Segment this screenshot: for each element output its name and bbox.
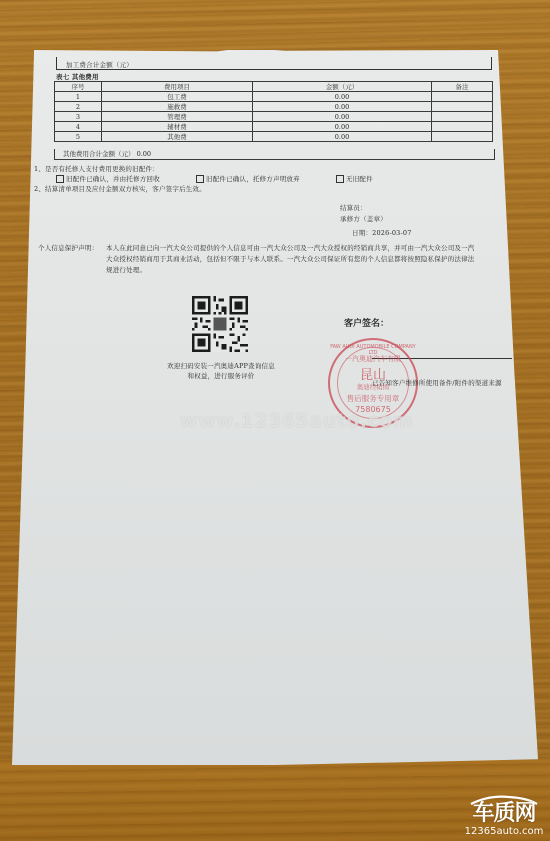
header-amount: 金额（元） xyxy=(253,82,432,92)
row-item: 其他费 xyxy=(102,132,253,142)
date-label: 日期： xyxy=(352,229,372,237)
row-amount: 0.00 xyxy=(253,122,432,132)
header-no: 序号 xyxy=(55,82,102,92)
row-no: 4 xyxy=(55,122,102,132)
brand-logo-name: 车质网 xyxy=(458,802,550,826)
row-note xyxy=(432,122,493,132)
checkbox-recovered[interactable] xyxy=(56,175,64,183)
other-fees-table: 序号 费用项目 金额（元） 备注 1 包工费 0.00 2 施救费 0.00 3… xyxy=(54,81,493,142)
row-amount: 0.00 xyxy=(253,112,432,122)
checkbox-waived[interactable] xyxy=(196,175,204,183)
table-row: 2 施救费 0.00 xyxy=(55,102,493,112)
brand-logo: 车质网 12365auto.com xyxy=(458,795,550,841)
checkbox-no-parts[interactable] xyxy=(336,175,344,183)
clerk-label: 结算员： xyxy=(340,203,367,212)
row-no: 2 xyxy=(55,102,102,112)
row-no: 5 xyxy=(55,132,102,142)
qr-code[interactable] xyxy=(192,296,248,352)
row-amount: 0.00 xyxy=(253,102,432,112)
row-amount: 0.00 xyxy=(253,92,432,102)
row-note xyxy=(432,112,493,122)
customer-signature-label: 客户签名： xyxy=(344,316,389,329)
row-note xyxy=(432,92,493,102)
row-note xyxy=(432,132,493,142)
row-item: 辅材费 xyxy=(102,122,253,132)
row-no: 3 xyxy=(55,112,102,122)
privacy-label: 个人信息保护声明： xyxy=(38,243,98,252)
option-waived: 旧配件已确认，托修方声明放弃 xyxy=(196,174,300,185)
site-watermark: www.12365auto.com xyxy=(180,410,413,432)
privacy-text-1: 本人在此同意已向一汽大众公司提供的个人信息可由一汽大众公司及一汽大众授权的经销商… xyxy=(106,243,516,252)
repairer-seal-label: 承修方（盖章） xyxy=(340,214,387,223)
date-value: 2026-03-07 xyxy=(372,229,411,237)
row-no: 1 xyxy=(55,92,102,102)
table-row: 1 包工费 0.00 xyxy=(55,92,493,102)
processing-total-label: 加工费合计金额（元） xyxy=(66,60,133,69)
other-fees-total-row: 其他费用合计金额（元） 0.00 xyxy=(54,149,495,160)
qr-caption-1: 欢迎扫码安装一汽奥迪APP查询信息 xyxy=(158,361,284,370)
section-title: 表七 其他费用 xyxy=(56,72,99,81)
header-note: 备注 xyxy=(432,82,493,92)
total-label: 其他费用合计金额（元） xyxy=(63,150,135,158)
row-item: 包工费 xyxy=(102,92,253,102)
table-row: 3 管理费 0.00 xyxy=(55,112,493,122)
parts-source-notice: 已告知客户维修所使用备件/附件的渠道来源 xyxy=(372,378,502,387)
old-parts-question: 1、是否有托修人支付费用更换的旧配件： xyxy=(34,164,159,173)
privacy-text-3: 规进行处理。 xyxy=(106,265,146,274)
settlement-effective-note: 2、结算清单项目及应付金额双方核实，客户签字后生效。 xyxy=(34,184,206,193)
header-item: 费用项目 xyxy=(102,82,253,92)
table-header-row: 序号 费用项目 金额（元） 备注 xyxy=(55,82,493,92)
row-amount: 0.00 xyxy=(253,132,432,142)
seal-bottom-text: 售后服务专用章 xyxy=(330,393,416,404)
date-field: 日期：2026-03-07 xyxy=(352,228,412,237)
table-row: 5 其他费 0.00 xyxy=(55,132,493,142)
total-value: 0.00 xyxy=(137,150,151,158)
row-item: 管理费 xyxy=(102,112,253,122)
qr-caption-2: 和权益，进行服务评价 xyxy=(158,371,284,380)
seal-top-text: 一汽奥迪汽车有限 xyxy=(330,354,416,364)
table-row: 4 辅材费 0.00 xyxy=(55,122,493,132)
brand-logo-url: 12365auto.com xyxy=(458,826,550,838)
option-recovered: 旧配件已确认，并由托修方回收 xyxy=(56,174,160,185)
option-no-parts: 无旧配件 xyxy=(336,174,373,185)
row-note xyxy=(432,102,493,112)
row-item: 施救费 xyxy=(102,102,253,112)
privacy-text-2: 大众授权经销商用于其商业活动，包括但不限于与本人联系。一汽大众公司保证所有您的个… xyxy=(106,254,516,263)
